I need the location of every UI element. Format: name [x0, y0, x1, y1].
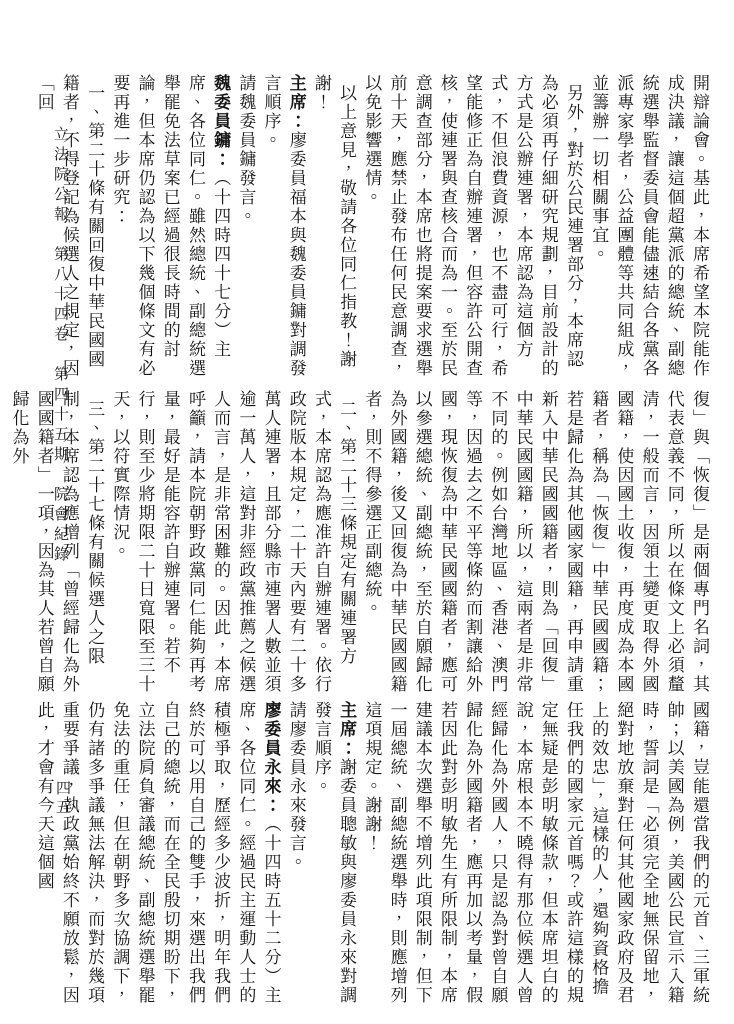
paragraph: 二、第二十三條規定有關連署方式，本席認為應准許自辦連署。依行政院版本規定，二十天… [107, 390, 359, 698]
paragraph: 復」與「恢復」是兩個專門名詞，其代表意義不同，所以在條文上必須釐清，一般而言，因… [359, 390, 712, 698]
text-segment: 一、第二十條有關回復中華民國國籍者，不得登記為候選人之規定，因「回 [35, 74, 104, 378]
text-tier-top: 開辯論會。基此，本席希望本院能作成決議，讓這個超黨派的總統、副總統選舉監督委員會… [80, 74, 712, 382]
paragraph: 開辯論會。基此，本席希望本院能作成決議，讓這個超黨派的總統、副總統選舉監督委員會… [586, 74, 712, 382]
text-segment: 另外，對於公民連署部分，本席認為必須再仔細研究規劃，目前設計的方式是公辦連署，本… [362, 74, 583, 378]
paragraph: 主席：謝委員聰敏與廖委員永來對調發言順序。 [309, 701, 359, 1009]
text-tier-bottom: 國籍，豈能還當我們的元首、三軍統帥；以美國為例，美國公民宣示入籍時，誓詞是「必須… [80, 701, 712, 1009]
text-segment: 以上意見，敬請各位同仁指教！謝謝！ [312, 74, 356, 369]
paragraph: 另外，對於公民連署部分，本席認為必須再仔細研究規劃，目前設計的方式是公辦連署，本… [359, 74, 586, 382]
text-segment: 請廖委員永來發言。 [287, 701, 306, 872]
paragraph: 國籍，豈能還當我們的元首、三軍統帥；以美國為例，美國公民宣示入籍時，誓詞是「必須… [359, 701, 712, 1009]
speaker-name: 廖委員永來： [262, 701, 281, 815]
text-segment: 請魏委員鏞發言。 [236, 74, 255, 226]
speaker-name: 主席： [337, 701, 356, 758]
text-segment: 三、第二十七條有關候選人之限制，本席認為應增列「曾經歸化為外國國籍者」一項，因為… [10, 390, 105, 694]
text-segment: 開辯論會。基此，本席希望本院能作成決議，讓這個超黨派的總統、副總統選舉監督委員會… [589, 74, 709, 378]
paragraph: 請魏委員鏞發言。 [233, 74, 258, 382]
text-segment: 復」與「恢復」是兩個專門名詞，其代表意義不同，所以在條文上必須釐清，一般而言，因… [362, 390, 709, 694]
speaker-name: 主席： [287, 74, 306, 131]
text-tier-middle: 復」與「恢復」是兩個專門名詞，其代表意義不同，所以在條文上必須釐清，一般而言，因… [80, 390, 712, 698]
text-segment: 二、第二十三條規定有關連署方式，本席認為應准許自辦連署。依行政院版本規定，二十天… [110, 390, 356, 694]
paragraph: 一、第二十條有關回復中華民國國籍者，不得登記為候選人之規定，因「回 [32, 74, 108, 382]
paragraph: 魏委員鏞：（十四時四十七分）主席、各位同仁。雖然總統、副總統選舉罷免法草案已經過… [107, 74, 233, 382]
paragraph: 三、第二十七條有關候選人之限制，本席認為應增列「曾經歸化為外國國籍者」一項，因為… [6, 390, 107, 698]
text-segment: （十四時五十二分）主席、各位同仁。經過民主運動人士的積極爭取，歷經多少波折，明年… [35, 701, 281, 1005]
speaker-name: 魏委員鏞： [211, 74, 230, 169]
paragraph: 以上意見，敬請各位同仁指教！謝謝！ [309, 74, 359, 382]
paragraph: 廖委員永來：（十四時五十二分）主席、各位同仁。經過民主運動人士的積極爭取，歷經多… [32, 701, 284, 1009]
paragraph: 請廖委員永來發言。 [284, 701, 309, 1009]
text-segment: 國籍，豈能還當我們的元首、三軍統帥；以美國為例，美國公民宣示入籍時，誓詞是「必須… [362, 701, 709, 1005]
paragraph: 主席：廖委員福本與魏委員鏞對調發言順序。 [258, 74, 308, 382]
gazette-page: 立法院公報 第八十四卷 第四十五期 院會紀錄 四五 開辯論會。基此，本席希望本院… [0, 0, 734, 1024]
